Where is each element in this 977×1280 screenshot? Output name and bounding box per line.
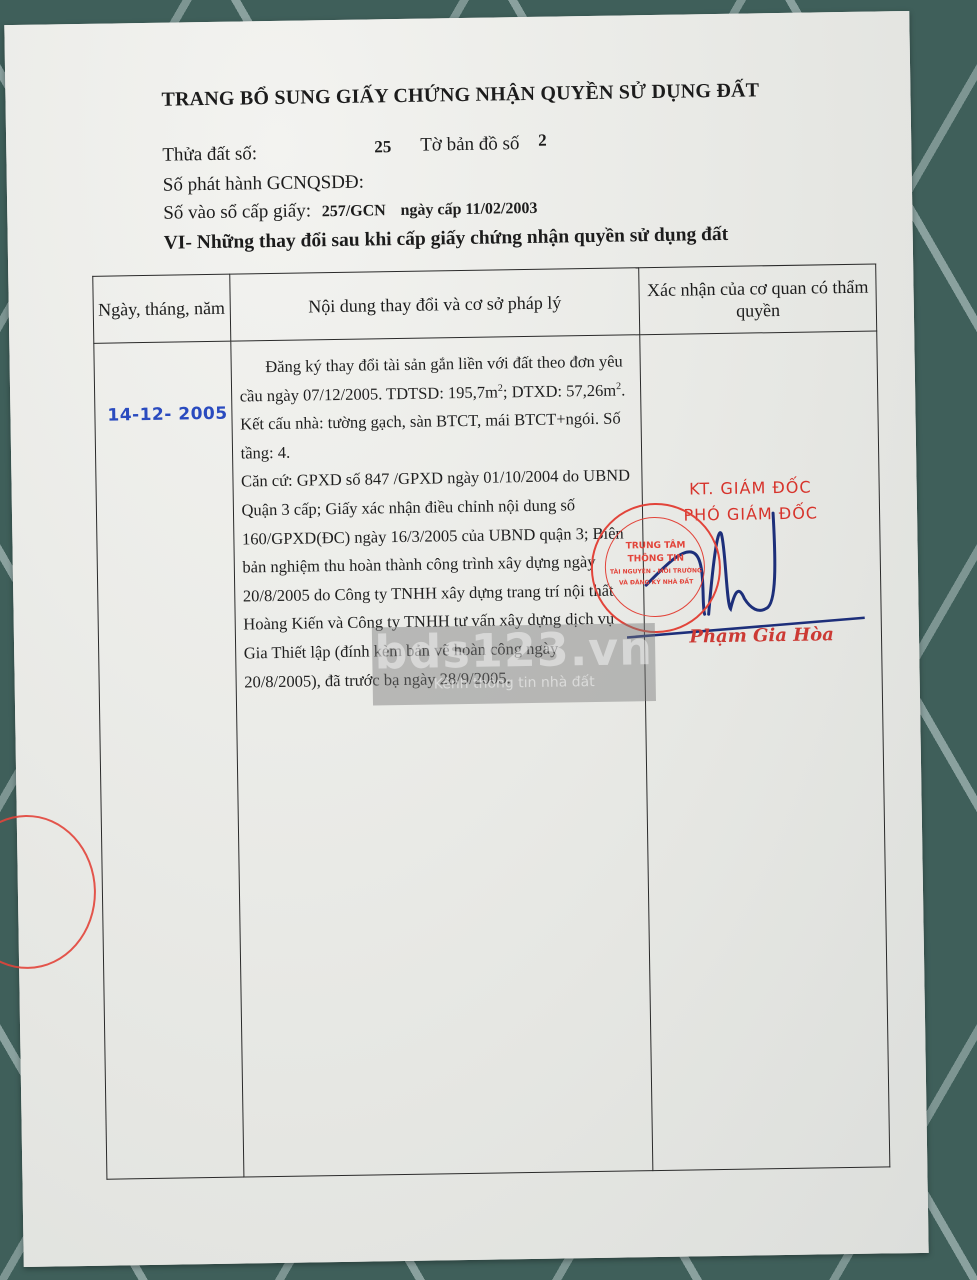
confirmation-cell: KT. GIÁM ĐỐC PHÓ GIÁM ĐỐC Phạm Gia Hòa (640, 331, 890, 1171)
header-confirmation: Xác nhận của cơ quan có thẩm quyền (639, 264, 877, 335)
issue-number-label: Số phát hành GCNQSDĐ: (163, 172, 364, 197)
date-cell: 14-12- 2005 (94, 341, 244, 1179)
section-heading: VI- Những thay đổi sau khi cấp giấy chứn… (164, 224, 729, 255)
partial-seal-left (0, 814, 97, 970)
register-value: 257/GCN (322, 202, 386, 220)
table-header-row: Ngày, tháng, năm Nội dung thay đổi và cơ… (93, 264, 877, 343)
land-use-certificate-page: TRANG BỔ SUNG GIẤY CHỨNG NHẬN QUYỀN SỬ D… (4, 11, 928, 1267)
header-content: Nội dung thay đổi và cơ sở pháp lý (229, 268, 640, 341)
issue-date: ngày cấp 11/02/2003 (400, 200, 537, 219)
page-title: TRANG BỔ SUNG GIẤY CHỨNG NHẬN QUYỀN SỬ D… (161, 79, 801, 112)
map-sheet-value: 2 (538, 131, 547, 151)
parcel-value: 25 (374, 137, 391, 157)
parcel-label: Thửa đất số: (162, 143, 257, 165)
register-label: Số vào sổ cấp giấy: (163, 200, 311, 223)
register-row: Số vào sổ cấp giấy: 257/GCN ngày cấp 11/… (163, 197, 537, 225)
content-cell: Đăng ký thay đổi tài sản gắn liền với đấ… (230, 335, 653, 1177)
date-stamp: 14-12- 2005 (107, 404, 227, 426)
table-row: 14-12- 2005 Đăng ký thay đổi tài sản gắn… (94, 331, 890, 1179)
watermark: bds123.vn Kênh thông tin nhà đất (372, 623, 656, 705)
changes-table: Ngày, tháng, năm Nội dung thay đổi và cơ… (92, 264, 890, 1180)
map-sheet-label: Tờ bản đồ số (420, 133, 520, 157)
header-date: Ngày, tháng, năm (93, 274, 231, 343)
change-description: Đăng ký thay đổi tài sản gắn liền với đấ… (239, 347, 636, 468)
signer-name: Phạm Gia Hòa (689, 624, 834, 647)
parcel-row: Thửa đất số: 25 Tờ bản đồ số 2 (162, 143, 257, 166)
